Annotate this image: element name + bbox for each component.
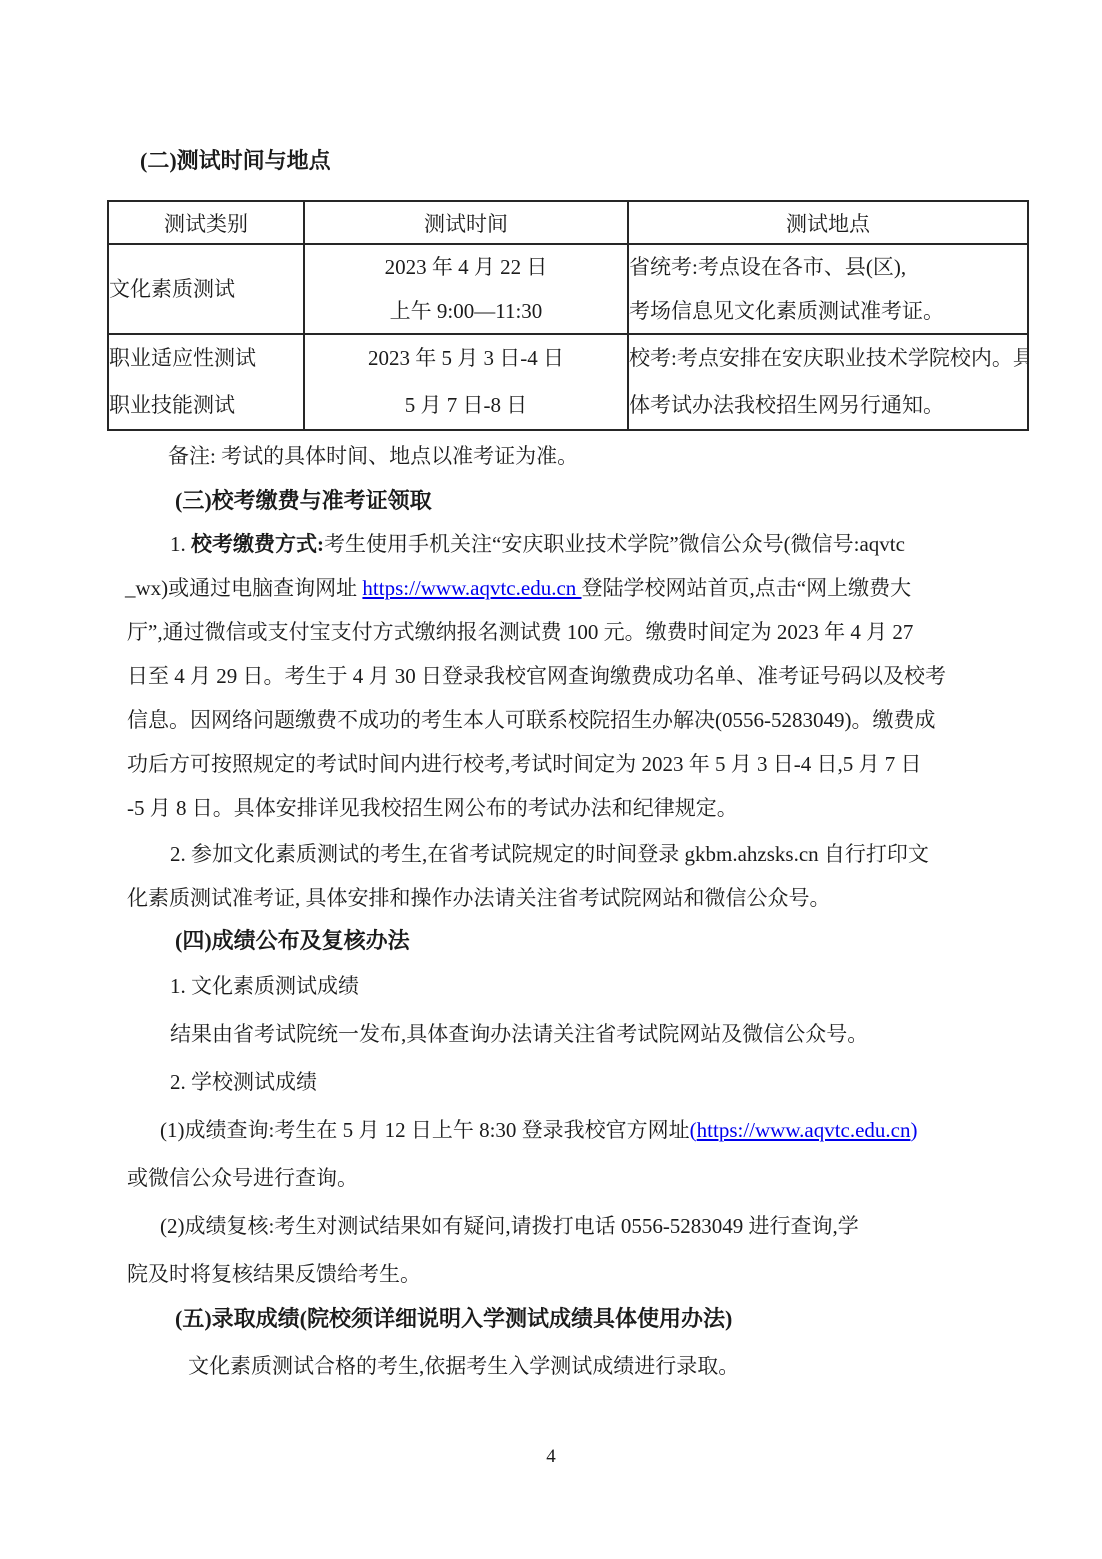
schedule-table: 测试类别 测试时间 测试地点 文化素质测试 2023 年 4 月 22 日 上午… [107, 200, 1029, 431]
sec4-item-4: (1)成绩查询:考生在 5 月 12 日上午 8:30 登录我校官方网址(htt… [160, 1117, 918, 1144]
sec4-item-6: (2)成绩复核:考生对测试结果如有疑问,请拨打电话 0556-5283049 进… [160, 1213, 859, 1240]
para2-line-2: 化素质测试准考证, 具体安排和操作办法请关注省考试院网站和微信公众号。 [127, 885, 831, 912]
cell-category: 职业适应性测试 职业技能测试 [108, 334, 304, 430]
score-query-text: (1)成绩查询:考生在 5 月 12 日上午 8:30 登录我校官方网址 [160, 1118, 690, 1142]
cell-line: 省统考:考点设在各市、县(区), [629, 245, 1027, 289]
school-website-link[interactable]: https://www.aqvtc.edu.cn [362, 576, 581, 600]
para1-line-1: 1. 校考缴费方式:考生使用手机关注“安庆职业技术学院”微信公众号(微信号:aq… [170, 531, 905, 558]
section-4-heading: (四)成绩公布及复核办法 [175, 927, 410, 955]
cell-line: 校考:考点安排在安庆职业技术学院校内。具 [629, 335, 1027, 382]
para1-line-1-text: 考生使用手机关注“安庆职业技术学院”微信公众号(微信号:aqvtc [324, 532, 905, 556]
cell-line: 2023 年 4 月 22 日 [305, 245, 627, 289]
sec4-item-1: 1. 文化素质测试成绩 [170, 973, 359, 1000]
link-open-paren: ( [690, 1118, 697, 1142]
table-header-row: 测试类别 测试时间 测试地点 [108, 201, 1028, 244]
page-number: 4 [0, 1446, 1102, 1468]
cell-location: 省统考:考点设在各市、县(区), 考场信息见文化素质测试准考证。 [628, 244, 1028, 334]
para1-line-7: -5 月 8 日。具体安排详见我校招生网公布的考试办法和纪律规定。 [127, 795, 738, 822]
para1-line-5: 信息。因网络问题缴费不成功的考生本人可联系校院招生办解决(0556-528304… [127, 707, 935, 734]
link-close-paren: ) [911, 1118, 918, 1142]
school-website-link-2[interactable]: https://www.aqvtc.edu.cn [697, 1118, 911, 1142]
cell-time: 2023 年 4 月 22 日 上午 9:00—11:30 [304, 244, 628, 334]
col-header-time: 测试时间 [304, 201, 628, 244]
cell-line: 5 月 7 日-8 日 [305, 382, 627, 429]
sec4-item-3: 2. 学校测试成绩 [170, 1069, 317, 1096]
cell-line: 体考试办法我校招生网另行通知。 [629, 382, 1027, 429]
para1-line-3: 厅”,通过微信或支付宝支付方式缴纳报名测试费 100 元。缴费时间定为 2023… [127, 619, 913, 646]
note-line: 备注: 考试的具体时间、地点以准考证为准。 [168, 443, 578, 470]
sec4-item-7: 院及时将复核结果反馈给考生。 [127, 1261, 421, 1288]
section-2-heading: (二)测试时间与地点 [140, 147, 331, 175]
cell-line: 职业适应性测试 [109, 335, 303, 382]
para1-line-2-post: 登陆学校网站首页,点击“网上缴费大 [582, 576, 912, 600]
cell-location: 校考:考点安排在安庆职业技术学院校内。具 体考试办法我校招生网另行通知。 [628, 334, 1028, 430]
section-3-heading: (三)校考缴费与准考证领取 [175, 487, 432, 515]
para1-line-6: 功后方可按照规定的考试时间内进行校考,考试时间定为 2023 年 5 月 3 日… [127, 751, 922, 778]
cell-line: 职业技能测试 [109, 382, 303, 429]
section-5-heading: (五)录取成绩(院校须详细说明入学测试成绩具体使用办法) [175, 1305, 732, 1333]
cell-category: 文化素质测试 [108, 244, 304, 334]
sec4-item-2: 结果由省考试院统一发布,具体查询办法请关注省考试院网站及微信公众号。 [170, 1021, 868, 1048]
cell-time: 2023 年 5 月 3 日-4 日 5 月 7 日-8 日 [304, 334, 628, 430]
cell-line: 上午 9:00—11:30 [305, 289, 627, 333]
cell-line: 考场信息见文化素质测试准考证。 [629, 289, 1027, 333]
document-page: (二)测试时间与地点 测试类别 测试时间 测试地点 文化素质测试 2023 年 … [0, 0, 1102, 1559]
para1-line-2-pre: _wx)或通过电脑查询网址 [125, 576, 362, 600]
sec4-item-5: 或微信公众号进行查询。 [127, 1165, 358, 1192]
col-header-category: 测试类别 [108, 201, 304, 244]
table-row-vocational-test: 职业适应性测试 职业技能测试 2023 年 5 月 3 日-4 日 5 月 7 … [108, 334, 1028, 430]
para1-line-2: _wx)或通过电脑查询网址 https://www.aqvtc.edu.cn 登… [125, 575, 911, 602]
cell-line: 2023 年 5 月 3 日-4 日 [305, 335, 627, 382]
col-header-location: 测试地点 [628, 201, 1028, 244]
item-number: 1. [170, 532, 191, 556]
sec5-line-1: 文化素质测试合格的考生,依据考生入学测试成绩进行录取。 [188, 1353, 739, 1380]
payment-method-label: 校考缴费方式: [191, 532, 324, 556]
para1-line-4: 日至 4 月 29 日。考生于 4 月 30 日登录我校官网查询缴费成功名单、准… [127, 663, 946, 690]
cell-line: 文化素质测试 [109, 267, 303, 311]
para2-line-1: 2. 参加文化素质测试的考生,在省考试院规定的时间登录 gkbm.ahzsks.… [170, 841, 929, 868]
table-row-culture-test: 文化素质测试 2023 年 4 月 22 日 上午 9:00—11:30 省统考… [108, 244, 1028, 334]
